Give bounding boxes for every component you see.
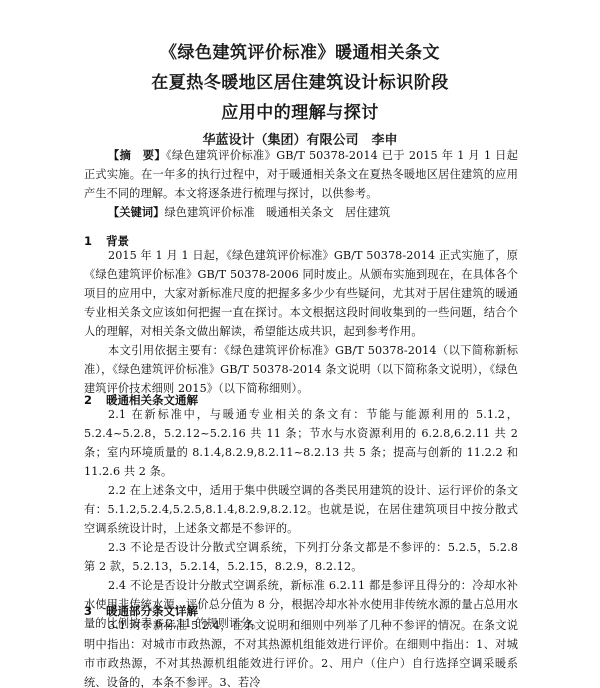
keywords-label: 【关键词】 <box>108 206 164 219</box>
paragraph: 3.1 对于新标准 5.2.4，在条文说明和细则中列举了几种不参评的情况。在条文… <box>84 616 518 688</box>
title-line-2: 在夏热冬暖地区居住建筑设计标识阶段 <box>0 68 600 93</box>
section-1-body: 2015 年 1 月 1 日起，《绿色建筑评价标准》GB/T 50378-201… <box>84 246 518 398</box>
section-3-body: 3.1 对于新标准 5.2.4，在条文说明和细则中列举了几种不参评的情况。在条文… <box>84 616 518 688</box>
title-line-1: 《绿色建筑评价标准》暖通相关条文 <box>0 38 600 63</box>
abstract: 【摘 要】《绿色建筑评价标准》GB/T 50378-2014 已于 2015 年… <box>84 146 518 203</box>
abstract-label: 【摘 要】 <box>108 149 166 162</box>
paragraph: 2.1 在新标准中，与暖通专业相关的条文有：节能与能源利用的 5.1.2，5.2… <box>84 405 518 481</box>
paragraph: 本文引用依据主要有：《绿色建筑评价标准》GB/T 50378-2014（以下简称… <box>84 341 518 398</box>
section-2-body: 2.1 在新标准中，与暖通专业相关的条文有：节能与能源利用的 5.1.2，5.2… <box>84 405 518 633</box>
paragraph: 2015 年 1 月 1 日起，《绿色建筑评价标准》GB/T 50378-201… <box>84 246 518 341</box>
paragraph: 2.2 在上述条文中，适用于集中供暖空调的各类民用建筑的设计、运行评价的条文有：… <box>84 481 518 538</box>
keywords: 【关键词】绿色建筑评价标准 暖通相关条文 居住建筑 <box>84 203 518 222</box>
paragraph: 2.3 不论是否设计分散式空调系统，下列打分条文都是不参评的：5.2.5，5.2… <box>84 538 518 576</box>
title-line-3: 应用中的理解与探讨 <box>0 98 600 123</box>
document-page: 《绿色建筑评价标准》暖通相关条文 在夏热冬暖地区居住建筑设计标识阶段 应用中的理… <box>0 0 600 688</box>
keywords-text: 绿色建筑评价标准 暖通相关条文 居住建筑 <box>164 206 390 219</box>
